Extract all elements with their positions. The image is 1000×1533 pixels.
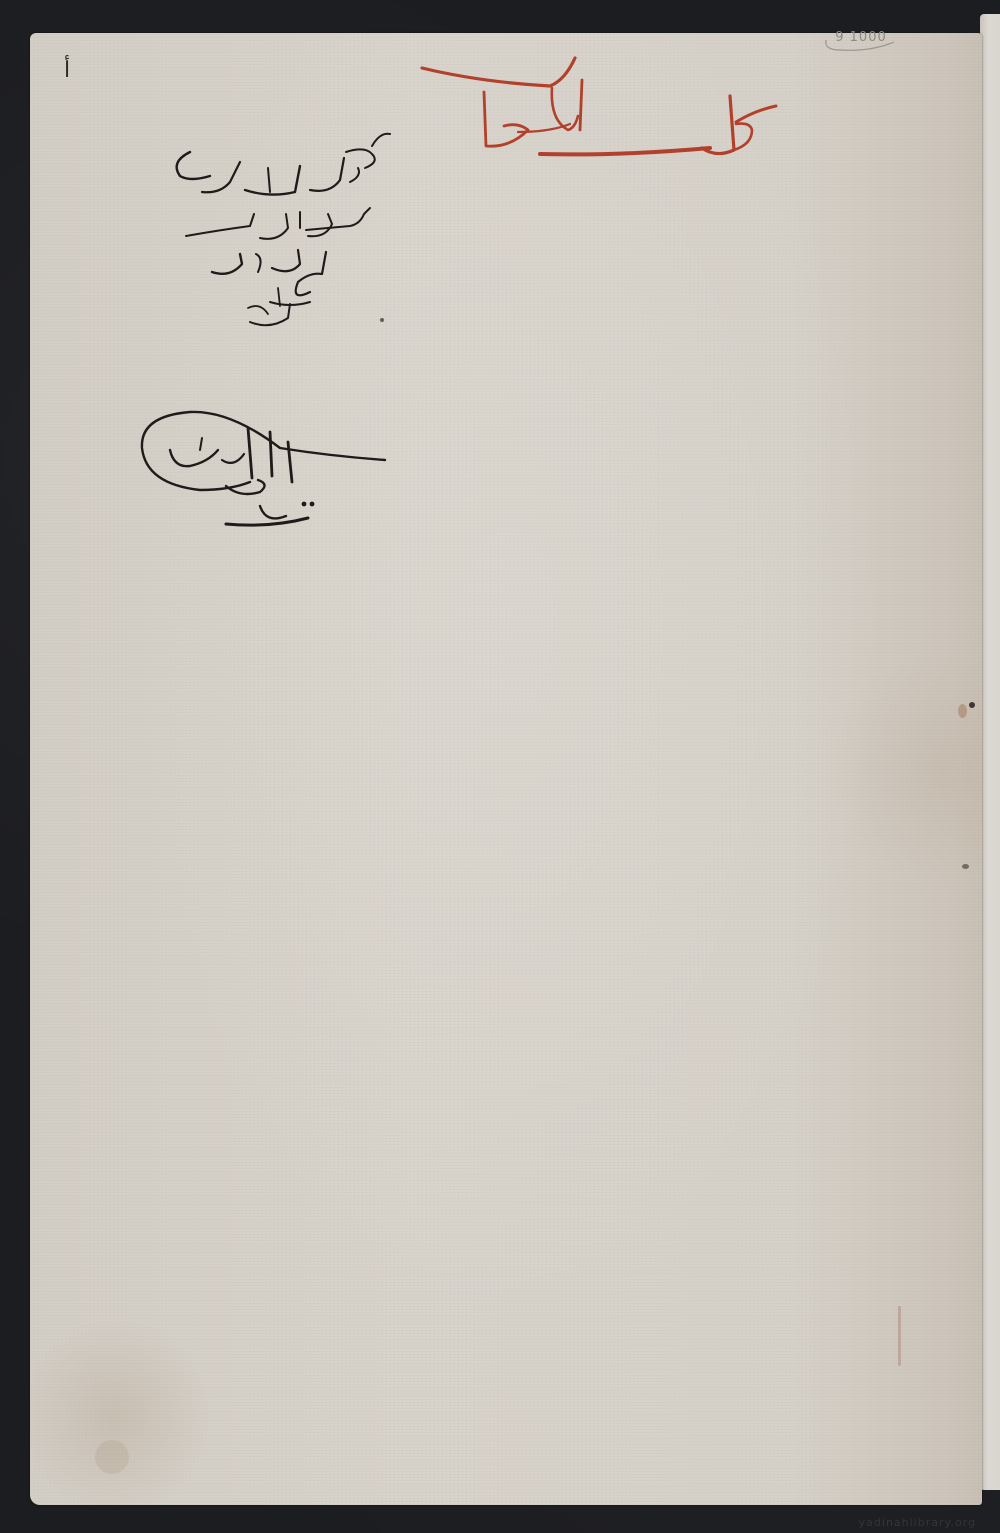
ownership-seal-signature — [130, 398, 400, 538]
ownership-note-calligraphy — [150, 132, 400, 342]
paper-stain — [962, 864, 969, 869]
paper-stain — [95, 1440, 129, 1474]
next-leaf-edge — [980, 14, 1000, 1490]
watermark: yadinahlibrary.org — [859, 1516, 976, 1529]
seal-dot — [310, 502, 315, 507]
shelfmark: 9 1000 — [820, 28, 902, 50]
paper-stain — [380, 318, 384, 322]
title-calligraphy — [400, 50, 780, 160]
paper-stain — [898, 1306, 901, 1366]
shelfmark-loop-icon — [820, 28, 902, 54]
seal-dot — [302, 502, 307, 507]
paper-stain — [969, 702, 975, 708]
folio-mark: أ — [64, 58, 70, 83]
paper-stain — [958, 704, 967, 718]
